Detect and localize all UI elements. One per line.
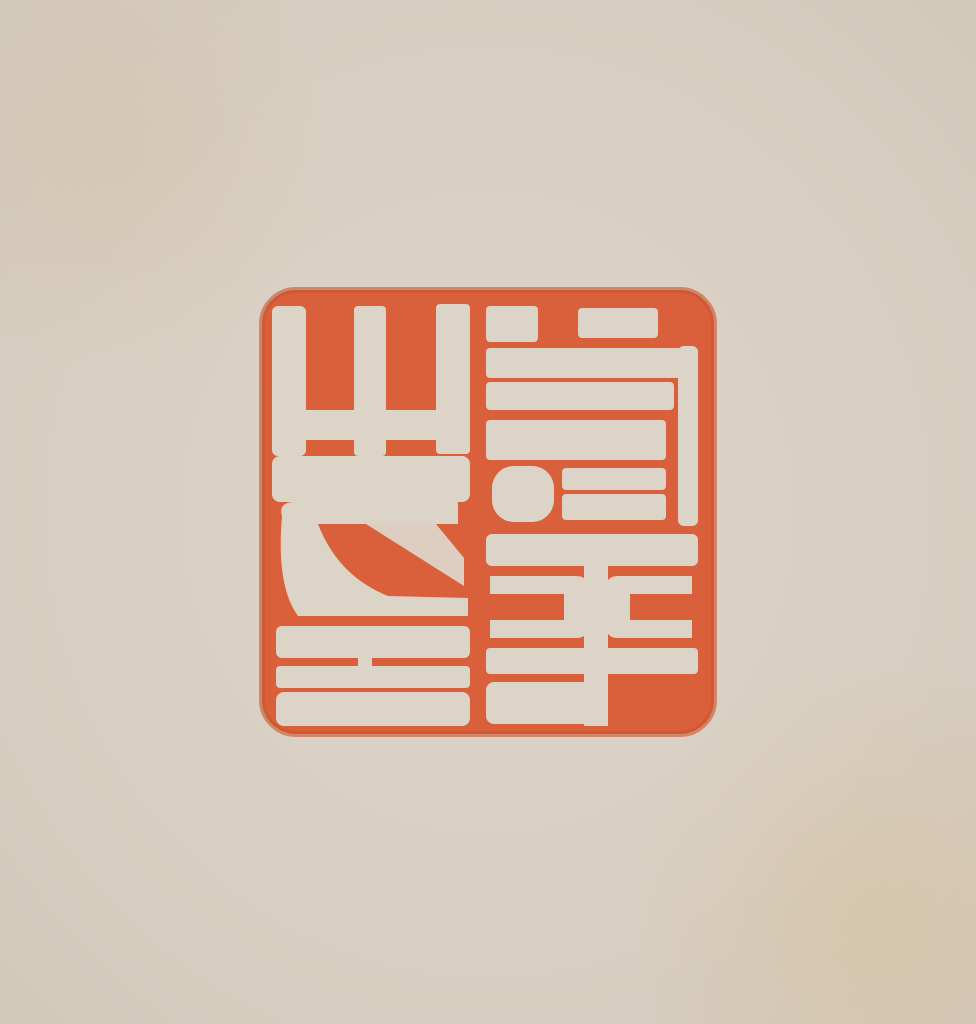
- seal-graphic: [258, 286, 718, 738]
- seal-impression: [258, 286, 718, 738]
- glyph-bottom-left: [276, 626, 470, 726]
- glyph-chu: [272, 304, 470, 502]
